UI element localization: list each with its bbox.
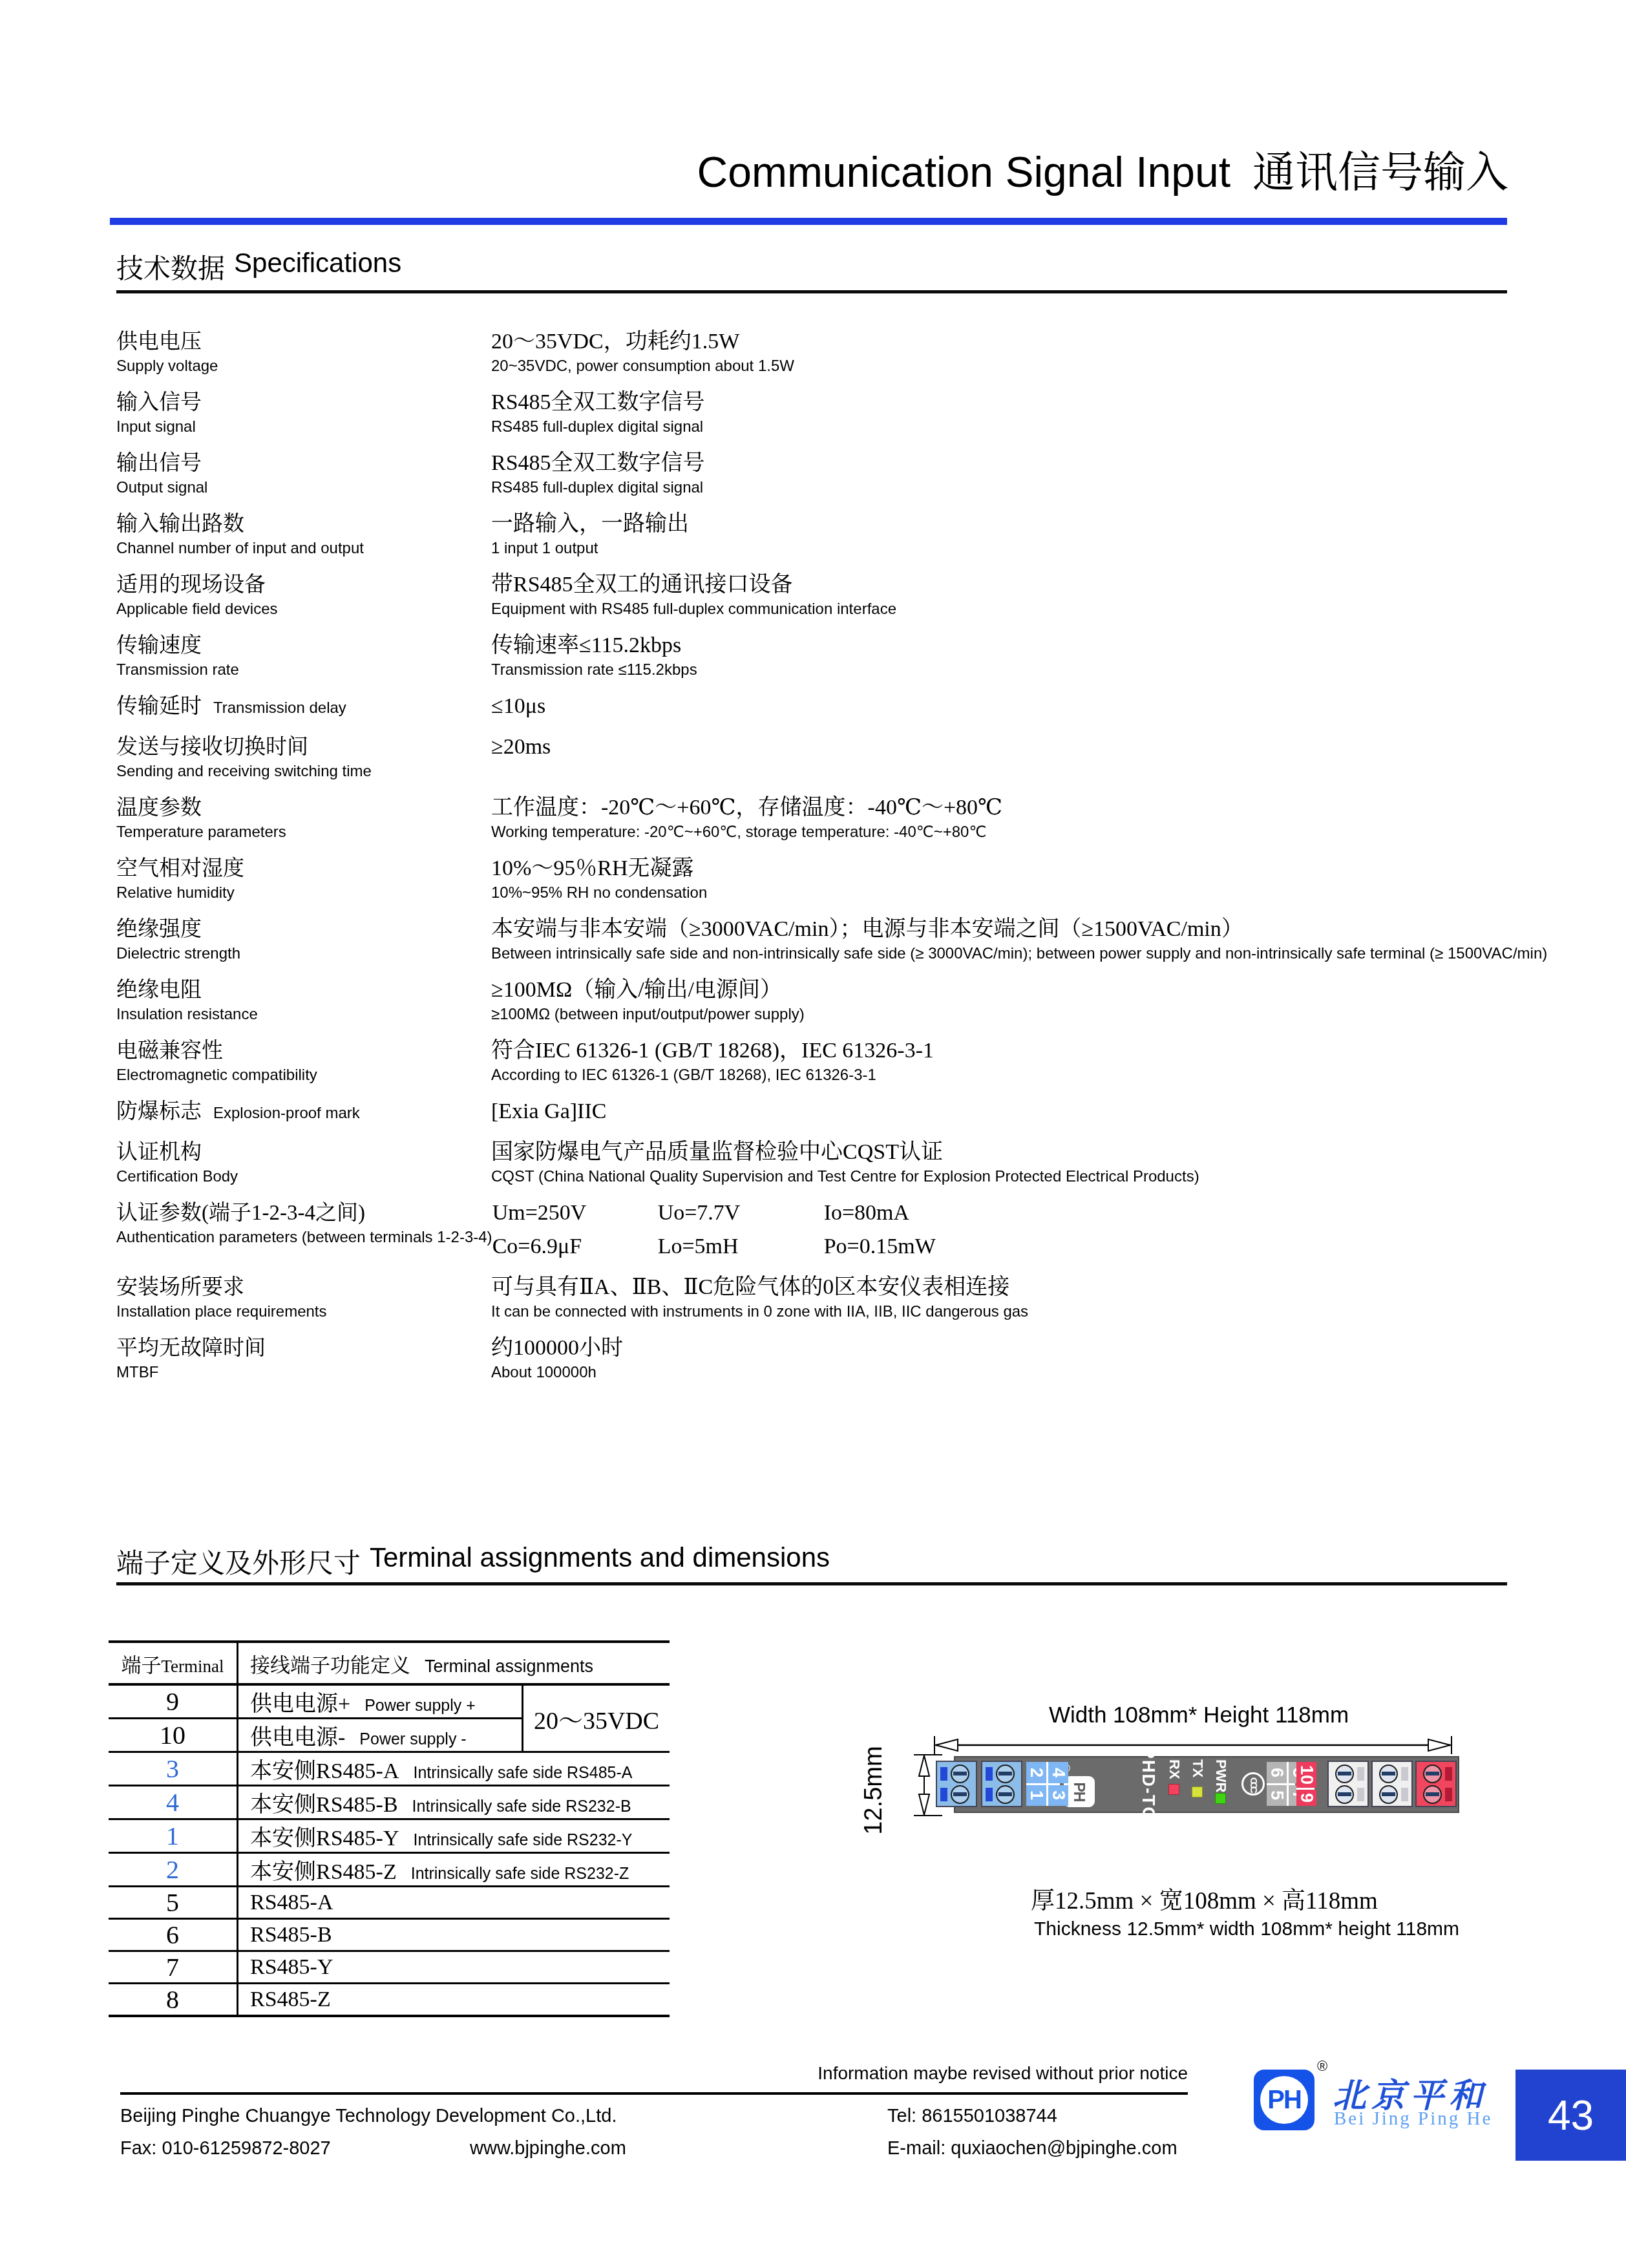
width-height-label: Width 108mm* Height 118mm [937, 1702, 1461, 1728]
terminal-function: RS485-Z [238, 1984, 670, 2017]
terminals-divider [116, 1582, 1507, 1585]
spec-label-cn: 平均无故障时间 [116, 1335, 491, 1362]
spec-row: 输出信号Output signalRS485全双工数字信号RS485 full-… [116, 450, 1511, 497]
spec-row: 空气相对湿度Relative humidity10%～95％RH无凝露10%~9… [116, 855, 1511, 902]
spec-value-en: 10%~95% RH no condensation [491, 884, 1511, 902]
terminal-screw-icon [996, 1765, 1015, 1783]
spec-row: 适用的现场设备Applicable field devices带RS485全双工… [116, 571, 1511, 619]
spec-label: 防爆标志Explosion-proof mark [116, 1098, 491, 1125]
spec-label: 绝缘强度Dielectric strength [116, 916, 491, 963]
spec-value-en: 20~35VDC, power consumption about 1.5W [491, 357, 1511, 376]
spec-value: RS485全双工数字信号RS485 full-duplex digital si… [491, 450, 1511, 497]
spec-label-en: Temperature parameters [116, 823, 491, 842]
spec-value-cn: 10%～95％RH无凝露 [491, 855, 1511, 882]
spec-value-cell: Po=0.15mW [824, 1233, 1511, 1260]
terminal-function: RS485-Y [238, 1951, 670, 1984]
spec-value-en: 1 input 1 output [491, 540, 1511, 558]
terminal-screw-icon [1423, 1765, 1442, 1783]
spec-label-cn: 空气相对湿度 [116, 855, 491, 882]
terminal-function: RS485-B [238, 1919, 670, 1951]
terminal-function: RS485-A [238, 1887, 670, 1919]
spec-value: 10%～95％RH无凝露10%~95% RH no condensation [491, 855, 1511, 902]
spec-value: 带RS485全双工的通讯接口设备Equipment with RS485 ful… [491, 571, 1511, 619]
spec-row: 供电电压Supply voltage20～35VDC，功耗约1.5W20~35V… [116, 328, 1511, 376]
spec-row: 传输速度Transmission rate传输速率≤115.2kbpsTrans… [116, 632, 1511, 679]
terminal-block-blue [981, 1761, 1022, 1807]
terminal-id-cell: 9 [1296, 1790, 1316, 1806]
wire-slot [1401, 1767, 1408, 1781]
spec-value-cell: Uo=7.7V [658, 1200, 824, 1227]
spec-label-cn: 绝缘强度 [116, 916, 491, 943]
terminal-number: 10 [109, 1719, 238, 1752]
footer-divider [120, 2092, 1188, 2095]
spec-label: 适用的现场设备Applicable field devices [116, 571, 491, 619]
terminal-function: 供电电源-Power supply - [238, 1719, 523, 1752]
spec-value-cell: Io=80mA [824, 1200, 1511, 1227]
terminal-block-white [1371, 1761, 1413, 1807]
terminal-function: 供电电源+Power supply + [238, 1684, 523, 1719]
led-pwr-icon [1215, 1793, 1226, 1804]
spec-value-cn: RS485全双工数字信号 [491, 450, 1511, 477]
spec-label-en: Output signal [116, 479, 491, 497]
ccc-mark-icon: CCC [1241, 1772, 1265, 1796]
wire-slot [986, 1767, 993, 1781]
spec-value: RS485全双工数字信号RS485 full-duplex digital si… [491, 389, 1511, 436]
revision-notice: Information maybe revised without prior … [116, 2063, 1188, 2084]
spec-label-en: Transmission delay [213, 699, 346, 717]
terminal-id-cell: 4 [1048, 1762, 1068, 1783]
table-row: 5RS485-A [109, 1887, 670, 1919]
wire-slot [1357, 1788, 1364, 1801]
spec-row: 温度参数Temperature parameters工作温度：-20℃～+60℃… [116, 794, 1511, 842]
footer-fax: Fax: 010-61259872-8027 [120, 2138, 331, 2159]
terminal-number: 1 [109, 1819, 238, 1853]
terminal-screw-icon [1379, 1785, 1398, 1804]
spec-label-en: Sending and receiving switching time [116, 763, 491, 781]
spec-label-en: Insulation resistance [116, 1006, 491, 1024]
terminal-screw-icon [951, 1765, 969, 1783]
spec-label-en: MTBF [116, 1364, 491, 1382]
specs-heading: 技术数据 Specifications [116, 248, 401, 286]
table-row: 1本安侧RS485-YIntrinsically safe side RS232… [109, 1819, 670, 1853]
header-divider [110, 218, 1507, 225]
spec-value: ≥20ms [491, 734, 1511, 761]
module-side-view: ® PH PHD-TC CCC 24136857109RXTXPWR [936, 1753, 1461, 1815]
table-row: 6RS485-B [109, 1919, 670, 1951]
spec-row: 电磁兼容性Electromagnetic compatibility符合IEC … [116, 1037, 1511, 1085]
spec-value: ≥100MΩ（输入/输出/电源间）≥100MΩ (between input/o… [491, 977, 1511, 1024]
spec-label: 温度参数Temperature parameters [116, 794, 491, 842]
terminal-id-cell: 10 [1296, 1762, 1316, 1788]
footer-website: www.bjpinghe.com [470, 2138, 626, 2159]
led-label: PWR [1212, 1759, 1229, 1792]
terminal-table-header: 端子Terminal接线端子功能定义Terminal assignments [109, 1642, 670, 1684]
spec-label-cn: 输出信号 [116, 450, 491, 477]
spec-value-en: Between intrinsically safe side and non-… [491, 945, 1511, 963]
terminal-block-white [1327, 1761, 1369, 1807]
terminal-function: 本安侧RS485-BIntrinsically safe side RS232-… [238, 1786, 670, 1819]
spec-row: 输入信号Input signalRS485全双工数字信号RS485 full-d… [116, 389, 1511, 436]
spec-value-grid: Um=250VUo=7.7VIo=80mACo=6.9μFLo=5mHPo=0.… [492, 1200, 1511, 1260]
spec-row: 发送与接收切换时间Sending and receiving switching… [116, 734, 1511, 781]
spec-value-cn: 一路输入，一路输出 [491, 511, 1511, 538]
terminal-number: 2 [109, 1853, 238, 1887]
spec-label-en: Transmission rate [116, 661, 491, 679]
terminal-block-red [1415, 1761, 1457, 1807]
spec-row: 安装场所要求Installation place requirements可与具… [116, 1274, 1511, 1321]
terminal-screw-icon [951, 1785, 969, 1804]
led-tx-icon [1192, 1786, 1203, 1797]
spec-value-cn: ≥20ms [491, 734, 1511, 761]
spec-label: 输入输出路数Channel number of input and output [116, 511, 491, 558]
spec-row: 输入输出路数Channel number of input and output… [116, 511, 1511, 558]
terminal-screw-icon [1423, 1785, 1442, 1804]
dimensions-caption-en: Thickness 12.5mm* width 108mm* height 11… [1034, 1918, 1459, 1940]
dimension-diagram: Width 108mm* Height 118mm 12.5mm ® PH PH… [840, 1699, 1626, 1983]
terminal-screw-icon [996, 1785, 1015, 1804]
wire-slot [1445, 1788, 1452, 1801]
terminal-id-cell: 6 [1267, 1762, 1287, 1783]
spec-value-en: About 100000h [491, 1364, 1511, 1382]
spec-value-cn: 约100000小时 [491, 1335, 1511, 1362]
spec-value-cn: 国家防爆电气产品质量监督检验中心CQST认证 [491, 1139, 1511, 1166]
spec-value-cn: 符合IEC 61326-1 (GB/T 18268)，IEC 61326-3-1 [491, 1037, 1511, 1065]
page-number-badge: 43 [1515, 2070, 1626, 2161]
spec-value-en: RS485 full-duplex digital signal [491, 418, 1511, 436]
spec-value: 约100000小时About 100000h [491, 1335, 1511, 1382]
terminal-number: 7 [109, 1951, 238, 1984]
page-title-cn: 通讯信号输入 [1252, 150, 1508, 195]
spec-row: 绝缘强度Dielectric strength本安端与非本安端（≥3000VAC… [116, 916, 1511, 963]
spec-label: 平均无故障时间MTBF [116, 1335, 491, 1382]
spec-value-en: CQST (China National Quality Supervision… [491, 1168, 1511, 1186]
spec-value: 可与具有ⅡA、ⅡB、ⅡC危险气体的0区本安仪表相连接It can be conn… [491, 1274, 1511, 1321]
spec-value: 工作温度：-20℃～+60℃，存储温度：-40℃～+80℃Working tem… [491, 794, 1511, 842]
brand-name-en: Bei Jing Ping He [1334, 2108, 1492, 2130]
spec-label: 发送与接收切换时间Sending and receiving switching… [116, 734, 491, 781]
terminals-heading: 端子定义及外形尺寸 Terminal assignments and dimen… [116, 1542, 830, 1581]
table-row: 9供电电源+Power supply +20～35VDC [109, 1684, 670, 1719]
terminal-number: 6 [109, 1919, 238, 1951]
spec-label: 传输速度Transmission rate [116, 632, 491, 679]
terminal-number: 9 [109, 1684, 238, 1719]
spec-label: 空气相对湿度Relative humidity [116, 855, 491, 902]
wire-slot [1357, 1767, 1364, 1781]
led-label: TX [1189, 1759, 1206, 1777]
spec-label: 供电电压Supply voltage [116, 328, 491, 376]
spec-label-cn: 温度参数 [116, 794, 491, 821]
spec-label-en: Channel number of input and output [116, 540, 491, 558]
logo-registered-mark-icon: ® [1317, 2058, 1327, 2075]
spec-value-cn: 可与具有ⅡA、ⅡB、ⅡC危险气体的0区本安仪表相连接 [491, 1274, 1511, 1301]
spec-row: 绝缘电阻Insulation resistance≥100MΩ（输入/输出/电源… [116, 977, 1511, 1024]
company-logo-icon: PH [1254, 2070, 1315, 2130]
terminal-id-cell: 2 [1026, 1762, 1046, 1783]
spec-value: 本安端与非本安端（≥3000VAC/min）；电源与非本安端之间（≥1500VA… [491, 916, 1511, 963]
spec-label: 认证机构Certification Body [116, 1139, 491, 1186]
spec-label-en: Relative humidity [116, 884, 491, 902]
spec-value: Um=250VUo=7.7VIo=80mACo=6.9μFLo=5mHPo=0.… [492, 1200, 1511, 1260]
spec-label-en: Input signal [116, 418, 491, 436]
ph-logo-icon: PH [1064, 1776, 1095, 1807]
wire-slot [1401, 1788, 1408, 1801]
spec-value: [Exia Ga]IIC [491, 1098, 1511, 1125]
spec-value: 符合IEC 61326-1 (GB/T 18268)，IEC 61326-3-1… [491, 1037, 1511, 1085]
terminals-heading-cn: 端子定义及外形尺寸 [116, 1542, 361, 1581]
spec-label-cn: 传输延时 [116, 693, 202, 720]
spec-list: 供电电压Supply voltage20～35VDC，功耗约1.5W20~35V… [116, 328, 1511, 1395]
spec-value-cell: Um=250V [492, 1200, 658, 1227]
spec-row: 平均无故障时间MTBF约100000小时About 100000h [116, 1335, 1511, 1382]
specs-divider [116, 290, 1507, 293]
spec-label: 认证参数(端子1-2-3-4之间)Authentication paramete… [116, 1200, 492, 1247]
wire-slot [986, 1788, 993, 1801]
bus-side-terminal-ids: 6857 [1267, 1762, 1295, 1806]
spec-label-cn: 电磁兼容性 [116, 1037, 491, 1065]
spec-label: 电磁兼容性Electromagnetic compatibility [116, 1037, 491, 1085]
assignments-col-header: 接线端子功能定义Terminal assignments [238, 1642, 670, 1684]
spec-value: 20～35VDC，功耗约1.5W20~35VDC, power consumpt… [491, 328, 1511, 376]
terminal-id-cell: 1 [1026, 1785, 1046, 1807]
wire-slot [940, 1767, 947, 1781]
terminal-screw-icon [1335, 1785, 1354, 1804]
specs-heading-en: Specifications [234, 248, 401, 286]
spec-label-en: Dielectric strength [116, 945, 491, 963]
spec-label: 绝缘电阻Insulation resistance [116, 977, 491, 1024]
model-label: PHD-TC [1130, 1757, 1166, 1811]
spec-label-en: Installation place requirements [116, 1303, 491, 1321]
terminal-screw-icon [1335, 1765, 1354, 1783]
table-row: 2本安侧RS485-ZIntrinsically safe side RS232… [109, 1853, 670, 1887]
spec-label-cn: 适用的现场设备 [116, 571, 491, 599]
terminal-function: 本安侧RS485-YIntrinsically safe side RS232-… [238, 1819, 670, 1853]
spec-value-cn: 本安端与非本安端（≥3000VAC/min）；电源与非本安端之间（≥1500VA… [491, 916, 1511, 943]
wire-slot [940, 1788, 947, 1801]
spec-row: 防爆标志Explosion-proof mark[Exia Ga]IIC [116, 1098, 1511, 1125]
datasheet-page: Communication Signal Input 通讯信号输入 技术数据 S… [0, 0, 1626, 2268]
company-name: Beijing Pinghe Chuangye Technology Devel… [120, 2106, 617, 2127]
spec-value-cell: Co=6.9μF [492, 1233, 658, 1260]
spec-label-en: Certification Body [116, 1168, 491, 1186]
spec-value-cell: Lo=5mH [658, 1233, 824, 1260]
spec-label-cn: 传输速度 [116, 632, 491, 659]
spec-label-cn: 认证机构 [116, 1139, 491, 1166]
terminal-table: 端子Terminal接线端子功能定义Terminal assignments9供… [109, 1640, 670, 2017]
spec-value-en: It can be connected with instruments in … [491, 1303, 1511, 1321]
spec-value: 国家防爆电气产品质量监督检验中心CQST认证CQST (China Nation… [491, 1139, 1511, 1186]
table-row: 8RS485-Z [109, 1984, 670, 2017]
spec-value-cn: 20～35VDC，功耗约1.5W [491, 328, 1511, 355]
spec-value-cn: RS485全双工数字信号 [491, 389, 1511, 416]
spec-label: 输出信号Output signal [116, 450, 491, 497]
power-terminal-ids: 109 [1296, 1762, 1315, 1806]
spec-value-en: According to IEC 61326-1 (GB/T 18268), I… [491, 1066, 1511, 1085]
spec-value: 一路输入，一路输出1 input 1 output [491, 511, 1511, 558]
terminals-heading-en: Terminal assignments and dimensions [370, 1542, 830, 1581]
spec-value: ≤10μs [491, 693, 1511, 720]
spec-label-en: Supply voltage [116, 357, 491, 376]
spec-value-en: Working temperature: -20℃~+60℃, storage … [491, 823, 1511, 842]
spec-label-cn: 绝缘电阻 [116, 977, 491, 1004]
page-title: Communication Signal Input 通讯信号输入 [697, 150, 1508, 195]
page-title-en: Communication Signal Input [697, 150, 1230, 195]
power-supply-range: 20～35VDC [523, 1684, 670, 1752]
led-rx-icon [1168, 1784, 1179, 1795]
spec-value-cn: 传输速率≤115.2kbps [491, 632, 1511, 659]
spec-label-cn: 输入信号 [116, 389, 491, 416]
terminal-screw-icon [1379, 1765, 1398, 1783]
terminal-function: 本安侧RS485-AIntrinsically safe side RS485-… [238, 1752, 670, 1786]
spec-value-cn: 工作温度：-20℃～+60℃，存储温度：-40℃～+80℃ [491, 794, 1511, 821]
led-label: RX [1166, 1759, 1183, 1779]
spec-label: 输入信号Input signal [116, 389, 491, 436]
spec-value: 传输速率≤115.2kbpsTransmission rate ≤115.2kb… [491, 632, 1511, 679]
terminal-number: 4 [109, 1786, 238, 1819]
spec-value-en: ≥100MΩ (between input/output/power suppl… [491, 1006, 1511, 1024]
terminal-id-cell: 3 [1048, 1785, 1068, 1807]
terminal-col-header: 端子Terminal [109, 1642, 238, 1684]
thickness-label: 12.5mm [860, 1735, 889, 1845]
table-row: 3本安侧RS485-AIntrinsically safe side RS485… [109, 1752, 670, 1786]
terminal-number: 8 [109, 1984, 238, 2017]
spec-row: 传输延时Transmission delay≤10μs [116, 693, 1511, 720]
spec-label-cn: 供电电压 [116, 328, 491, 355]
footer-email: E-mail: quxiaochen@bjpinghe.com [887, 2138, 1177, 2159]
spec-value-cn: 带RS485全双工的通讯接口设备 [491, 571, 1511, 599]
terminal-number: 5 [109, 1887, 238, 1919]
table-row: 4本安侧RS485-BIntrinsically safe side RS232… [109, 1786, 670, 1819]
spec-label-cn: 发送与接收切换时间 [116, 734, 491, 761]
spec-value-en: Transmission rate ≤115.2kbps [491, 661, 1511, 679]
spec-label-en: Authentication parameters (between termi… [116, 1229, 492, 1247]
terminal-block-blue [936, 1761, 977, 1807]
spec-label-en: Applicable field devices [116, 600, 491, 619]
terminal-id-cell: 5 [1267, 1785, 1287, 1807]
spec-label-cn: 安装场所要求 [116, 1274, 491, 1301]
spec-label-cn: 输入输出路数 [116, 511, 491, 538]
spec-value-cn: ≥100MΩ（输入/输出/电源间） [491, 977, 1511, 1004]
dimensions-caption-cn: 厚12.5mm × 宽108mm × 高118mm [1031, 1881, 1378, 1916]
safe-side-terminal-ids: 2413 [1026, 1762, 1060, 1806]
spec-value-cn: [Exia Ga]IIC [491, 1098, 1511, 1125]
spec-label: 传输延时Transmission delay [116, 693, 491, 720]
spec-label-cn: 防爆标志 [116, 1098, 202, 1125]
spec-value-en: Equipment with RS485 full-duplex communi… [491, 600, 1511, 619]
spec-value-en: RS485 full-duplex digital signal [491, 479, 1511, 497]
spec-label: 安装场所要求Installation place requirements [116, 1274, 491, 1321]
table-row: 7RS485-Y [109, 1951, 670, 1984]
spec-label-cn: 认证参数(端子1-2-3-4之间) [116, 1200, 492, 1227]
wire-slot [1445, 1767, 1452, 1781]
footer-tel: Tel: 8615501038744 [887, 2106, 1057, 2127]
terminal-number: 3 [109, 1752, 238, 1786]
terminal-function: 本安侧RS485-ZIntrinsically safe side RS232-… [238, 1853, 670, 1887]
spec-row: 认证参数(端子1-2-3-4之间)Authentication paramete… [116, 1200, 1511, 1260]
spec-label-en: Explosion-proof mark [213, 1105, 360, 1123]
specs-heading-cn: 技术数据 [116, 248, 225, 286]
spec-value-cn: ≤10μs [491, 693, 1511, 720]
spec-row: 认证机构Certification Body国家防爆电气产品质量监督检验中心CQ… [116, 1139, 1511, 1186]
spec-label-en: Electromagnetic compatibility [116, 1066, 491, 1085]
